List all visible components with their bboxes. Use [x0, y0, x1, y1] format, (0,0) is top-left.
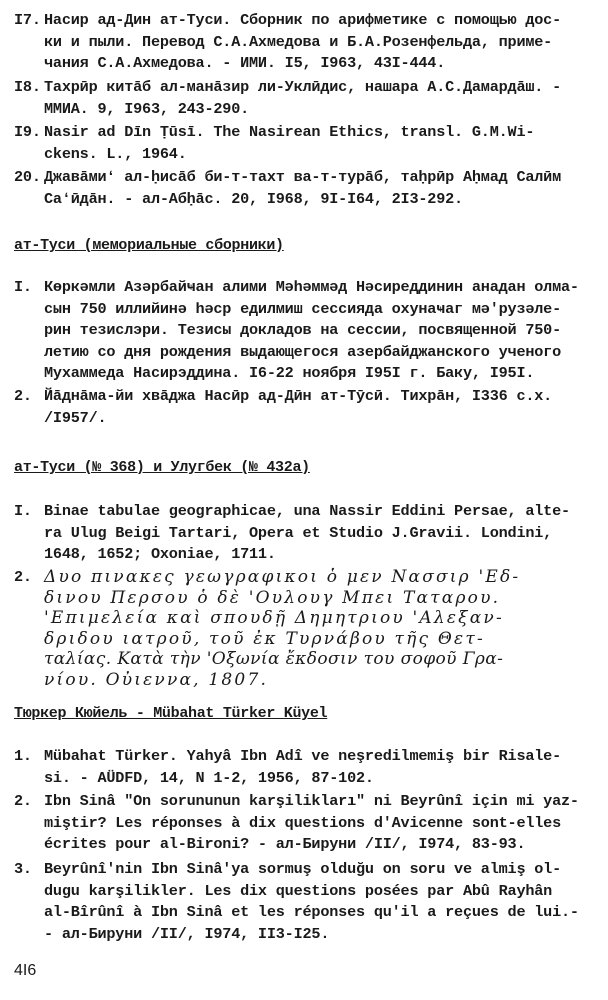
entry-line: Binae tabulae geographicae, una Nassir E…	[14, 501, 574, 523]
entry-number: I7.	[14, 10, 41, 32]
entry-line: al-Bîrûnî à Ibn Sinâ et les réponses qu'…	[14, 902, 574, 924]
entry-line: ra Ulug Beigi Tartari, Opera et Studio J…	[14, 523, 574, 545]
handwritten-line: 'Επιμελεία καὶ σπουδῇ Δημητριου 'Αλεξαν-	[14, 608, 574, 629]
entry-number: I8.	[14, 77, 41, 99]
entry-line: ММИА. 9, I963, 243-290.	[14, 99, 574, 121]
entry-number: 2.	[14, 567, 32, 588]
handwritten-line: Δυο πινακες γεωγραφικοι ὁ μεν Νασσιρ 'Εδ…	[14, 567, 574, 588]
entry-number: 1.	[14, 746, 32, 768]
entry-number: 2.	[14, 386, 32, 408]
entry-line: dugu karşilikler. Les dix questions posé…	[14, 881, 574, 903]
entry-line: Mübahat Türker. Yahyâ Ibn Adî ve neşredi…	[14, 746, 574, 768]
handwritten-line: δινου Περσου ὁ δὲ 'Ουλουγ Μπει Ταταρου.	[14, 588, 574, 609]
handwritten-line: ταλίας. Κατὰ τὴν 'Οξωνία ἔκδοσιν του σοφ…	[14, 649, 574, 670]
entry-line: ckens. L., 1964.	[14, 144, 574, 166]
entry-line: чания С.А.Ахмедова. - ИМИ. I5, I963, 43I…	[14, 53, 574, 75]
entry-line: сын 750 иллийинә һәср едилмиш сессияда о…	[14, 299, 574, 321]
entry-line: летию со дня рождения выдающегося азерба…	[14, 342, 574, 364]
handwritten-line: νίου. Οὐιεννα, 1807.	[14, 670, 574, 691]
section-heading: Тюркер Кюйель - Mübahat Türker Küyel	[14, 705, 327, 722]
entry-number: 20.	[14, 167, 41, 189]
bibliography-entry: 20. Джавāмиʻ ал-ḥисāб би-т-тахт ва-т-тур…	[14, 167, 574, 210]
entry-line: рин тезислэри. Тезисы докладов на сессии…	[14, 320, 574, 342]
handwritten-line: δριδου ιατροῦ, τοῦ ἐκ Τυρνάβου τῆς Θετ-	[14, 629, 574, 650]
bibliography-entry: I7. Насир ад-Дин ат-Туси. Сборник по ари…	[14, 10, 574, 75]
entry-line: Ibn Sinâ "On sorununun karşilikları" ni …	[14, 791, 574, 813]
entry-line: écrites pour al-Bironi? - ал-Бируни /II/…	[14, 834, 574, 856]
entry-number: 2.	[14, 791, 32, 813]
bibliography-entry: 2. Йāднāма-йи хвāджа Насӣр ад-Дӣн ат-Тӯс…	[14, 386, 574, 429]
entry-line: Насир ад-Дин ат-Туси. Сборник по арифмет…	[14, 10, 574, 32]
entry-number: 3.	[14, 859, 32, 881]
entry-line: /I957/.	[14, 408, 574, 430]
entry-number: I.	[14, 277, 32, 299]
entry-line: Көркәмли Азәрбайҹан алими Мәһәммәд Нәсир…	[14, 277, 574, 299]
entry-line: Мухаммеда Насирэддина. I6-22 ноября I95I…	[14, 363, 574, 385]
entry-line: si. - AÜDFD, 14, N 1-2, 1956, 87-102.	[14, 768, 574, 790]
section-heading: ат-Туси (№ 368) и Улугбек (№ 432а)	[14, 459, 310, 476]
bibliography-entry: 1. Mübahat Türker. Yahyâ Ibn Adî ve neşr…	[14, 746, 574, 789]
entry-line: miştir? Les réponses à dix questions d'A…	[14, 813, 574, 835]
bibliography-entry: I. Binae tabulae geographicae, una Nassi…	[14, 501, 574, 566]
document-page: I7. Насир ад-Дин ат-Туси. Сборник по ари…	[0, 0, 608, 1000]
entry-line: Beyrûnî'nin Ibn Sinâ'ya sormuş olduğu on…	[14, 859, 574, 881]
entry-line: Тахрӣр китāб ал-манāзир ли-Уклӣдис, наша…	[14, 77, 574, 99]
entry-line: - ал-Бируни /II/, I974, II3-I25.	[14, 924, 574, 946]
entry-line: Nasir ad Dīn Ṭūsī. The Nasirean Ethics, …	[14, 122, 574, 144]
entry-line: ки и пыли. Перевод С.А.Ахмедова и Б.А.Ро…	[14, 32, 574, 54]
bibliography-entry: I9. Nasir ad Dīn Ṭūsī. The Nasirean Ethi…	[14, 122, 574, 165]
bibliography-entry: I. Көркәмли Азәрбайҹан алими Мәһәммәд Нә…	[14, 277, 574, 385]
entry-line: Йāднāма-йи хвāджа Насӣр ад-Дӣн ат-Тӯсӣ. …	[14, 386, 574, 408]
entry-number: I9.	[14, 122, 41, 144]
bibliography-entry: 2. Ibn Sinâ "On sorununun karşilikları" …	[14, 791, 574, 856]
entry-line: Джавāмиʻ ал-ḥисāб би-т-тахт ва-т-турāб, …	[14, 167, 574, 189]
section-heading: ат-Туси (мемориальные сборники)	[14, 237, 284, 254]
handwritten-entry: 2. Δυο πινακες γεωγραφικοι ὁ μεν Νασσιρ …	[14, 567, 574, 690]
entry-number: I.	[14, 501, 32, 523]
page-number: 4I6	[14, 962, 36, 980]
bibliography-entry: I8. Тахрӣр китāб ал-манāзир ли-Уклӣдис, …	[14, 77, 574, 120]
entry-line: 1648, 1652; Oxoniae, 1711.	[14, 544, 574, 566]
entry-line: Саʻӣдāн. - ал-Абḥāс. 20, I968, 9I-I64, 2…	[14, 189, 574, 211]
bibliography-entry: 3. Beyrûnî'nin Ibn Sinâ'ya sormuş olduğu…	[14, 859, 574, 945]
